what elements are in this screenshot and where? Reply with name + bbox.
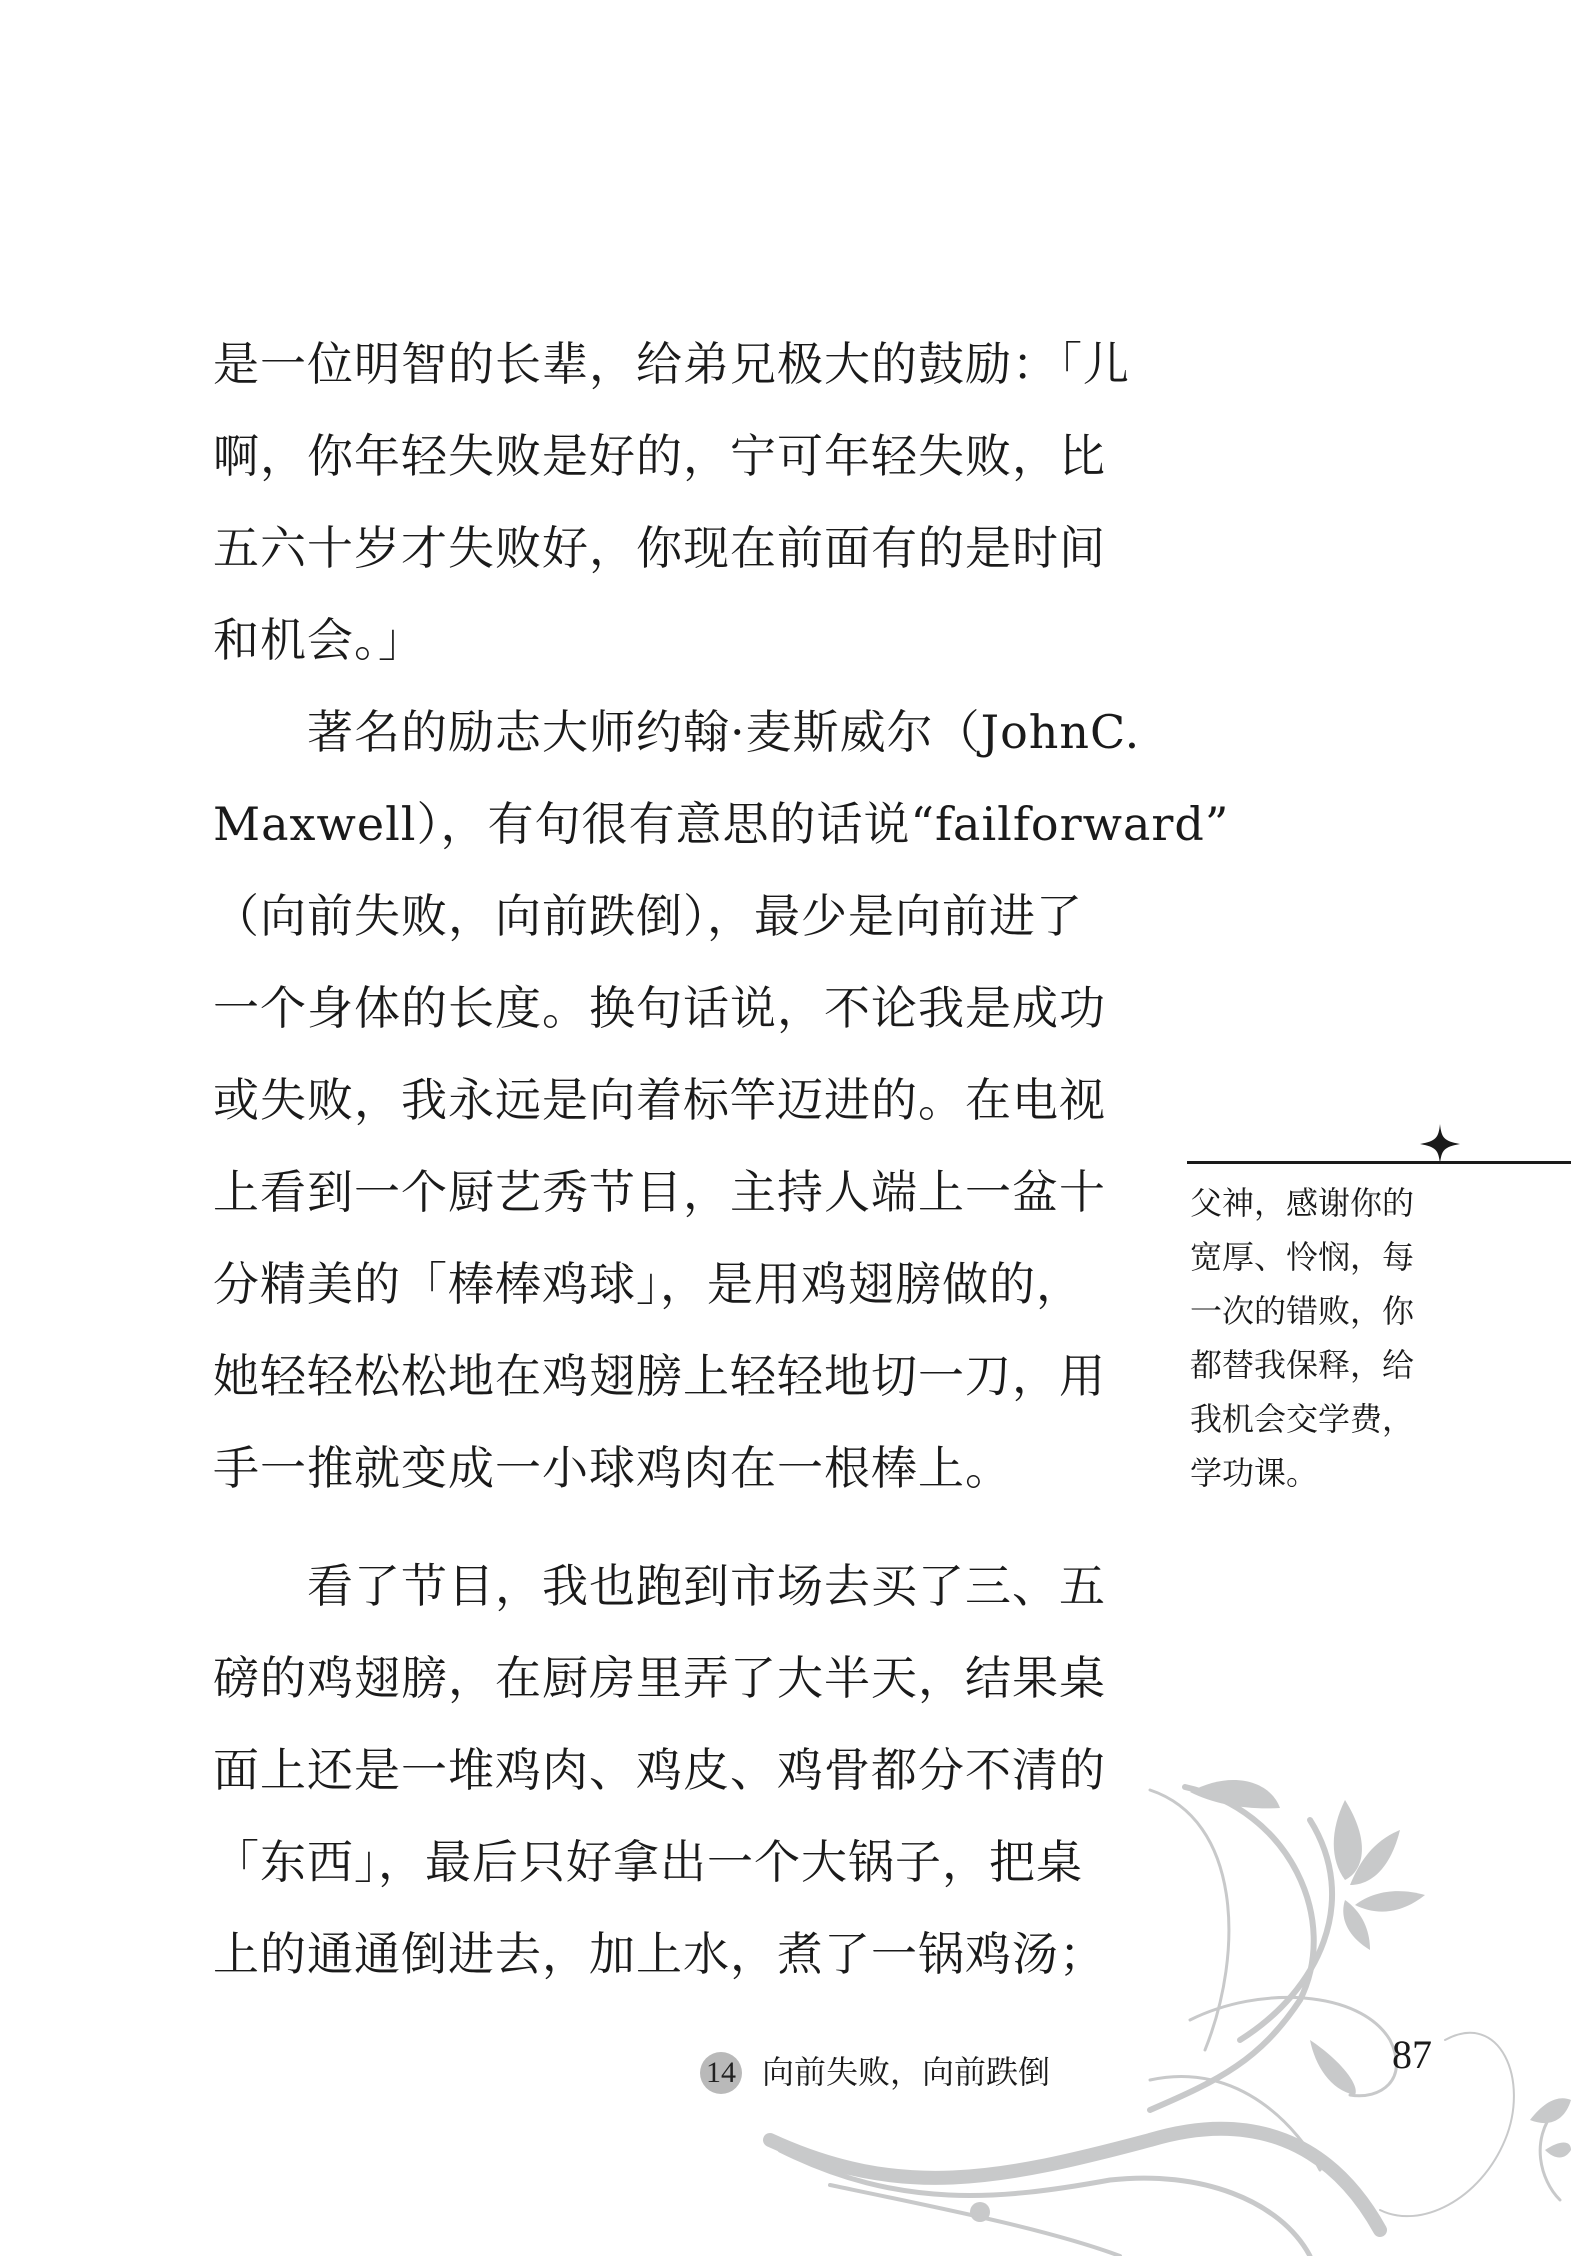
text-line: 啊，你年轻失败是好的，宁可年轻失败，比 xyxy=(213,410,1143,502)
text-line: 上的通通倒进去，加上水，煮了一锅鸡汤； xyxy=(213,1908,1143,2000)
paragraph-3: 看了节目，我也跑到市场去买了三、五 磅的鸡翅膀，在厨房里弄了大半天，结果桌 面上… xyxy=(213,1540,1143,2000)
text-line: Maxwell），有句很有意思的话说“failforward” xyxy=(213,778,1143,870)
text-line: 或失败，我永远是向着标竿迈进的。在电视 xyxy=(213,1054,1143,1146)
text-line: 磅的鸡翅膀，在厨房里弄了大半天，结果桌 xyxy=(213,1632,1143,1724)
chapter-number-badge: 14 xyxy=(700,2052,742,2094)
four-point-star-icon xyxy=(1420,1124,1460,1164)
paragraph-spacer xyxy=(213,1514,1143,1540)
sidenote-line: 父神，感谢你的 xyxy=(1190,1176,1490,1230)
text-line: 面上还是一堆鸡肉、鸡皮、鸡骨都分不清的 xyxy=(213,1724,1143,1816)
text-line: 「东西」，最后只好拿出一个大锅子，把桌 xyxy=(213,1816,1143,1908)
text-line: 五六十岁才失败好，你现在前面有的是时间 xyxy=(213,502,1143,594)
sidenote-line: 学功课。 xyxy=(1190,1446,1490,1500)
sidenote-line: 一次的错败，你 xyxy=(1190,1284,1490,1338)
paragraph-2: 著名的励志大师约翰·麦斯威尔（JohnC. Maxwell），有句很有意思的话说… xyxy=(213,686,1143,1514)
sidenote-line: 宽厚、怜悯，每 xyxy=(1190,1230,1490,1284)
chapter-title: 向前失败，向前跌倒 xyxy=(762,2048,1050,2096)
sidenote-prayer: 父神，感谢你的 宽厚、怜悯，每 一次的错败，你 都替我保释，给 我机会交学费， … xyxy=(1190,1176,1490,1500)
sidenote-divider xyxy=(1187,1161,1571,1164)
body-text: 是一位明智的长辈，给弟兄极大的鼓励：「儿 啊，你年轻失败是好的，宁可年轻失败，比… xyxy=(213,318,1143,2000)
text-line: 她轻轻松松地在鸡翅膀上轻轻地切一刀，用 xyxy=(213,1330,1143,1422)
text-line: 看了节目，我也跑到市场去买了三、五 xyxy=(213,1540,1143,1632)
text-line: 分精美的「棒棒鸡球」，是用鸡翅膀做的， xyxy=(213,1238,1143,1330)
text-line: 手一推就变成一小球鸡肉在一根棒上。 xyxy=(213,1422,1143,1514)
page-number: 87 xyxy=(1392,2030,1432,2080)
text-line: 和机会。」 xyxy=(213,594,1143,686)
paragraph-1: 是一位明智的长辈，给弟兄极大的鼓励：「儿 啊，你年轻失败是好的，宁可年轻失败，比… xyxy=(213,318,1143,686)
sidenote-line: 我机会交学费， xyxy=(1190,1392,1490,1446)
text-line: 是一位明智的长辈，给弟兄极大的鼓励：「儿 xyxy=(213,318,1143,410)
text-line: 上看到一个厨艺秀节目，主持人端上一盆十 xyxy=(213,1146,1143,1238)
text-line: 著名的励志大师约翰·麦斯威尔（JohnC. xyxy=(213,686,1143,778)
sidenote-line: 都替我保释，给 xyxy=(1190,1338,1490,1392)
text-line: 一个身体的长度。换句话说，不论我是成功 xyxy=(213,962,1143,1054)
text-line: （向前失败，向前跌倒），最少是向前进了 xyxy=(213,870,1143,962)
